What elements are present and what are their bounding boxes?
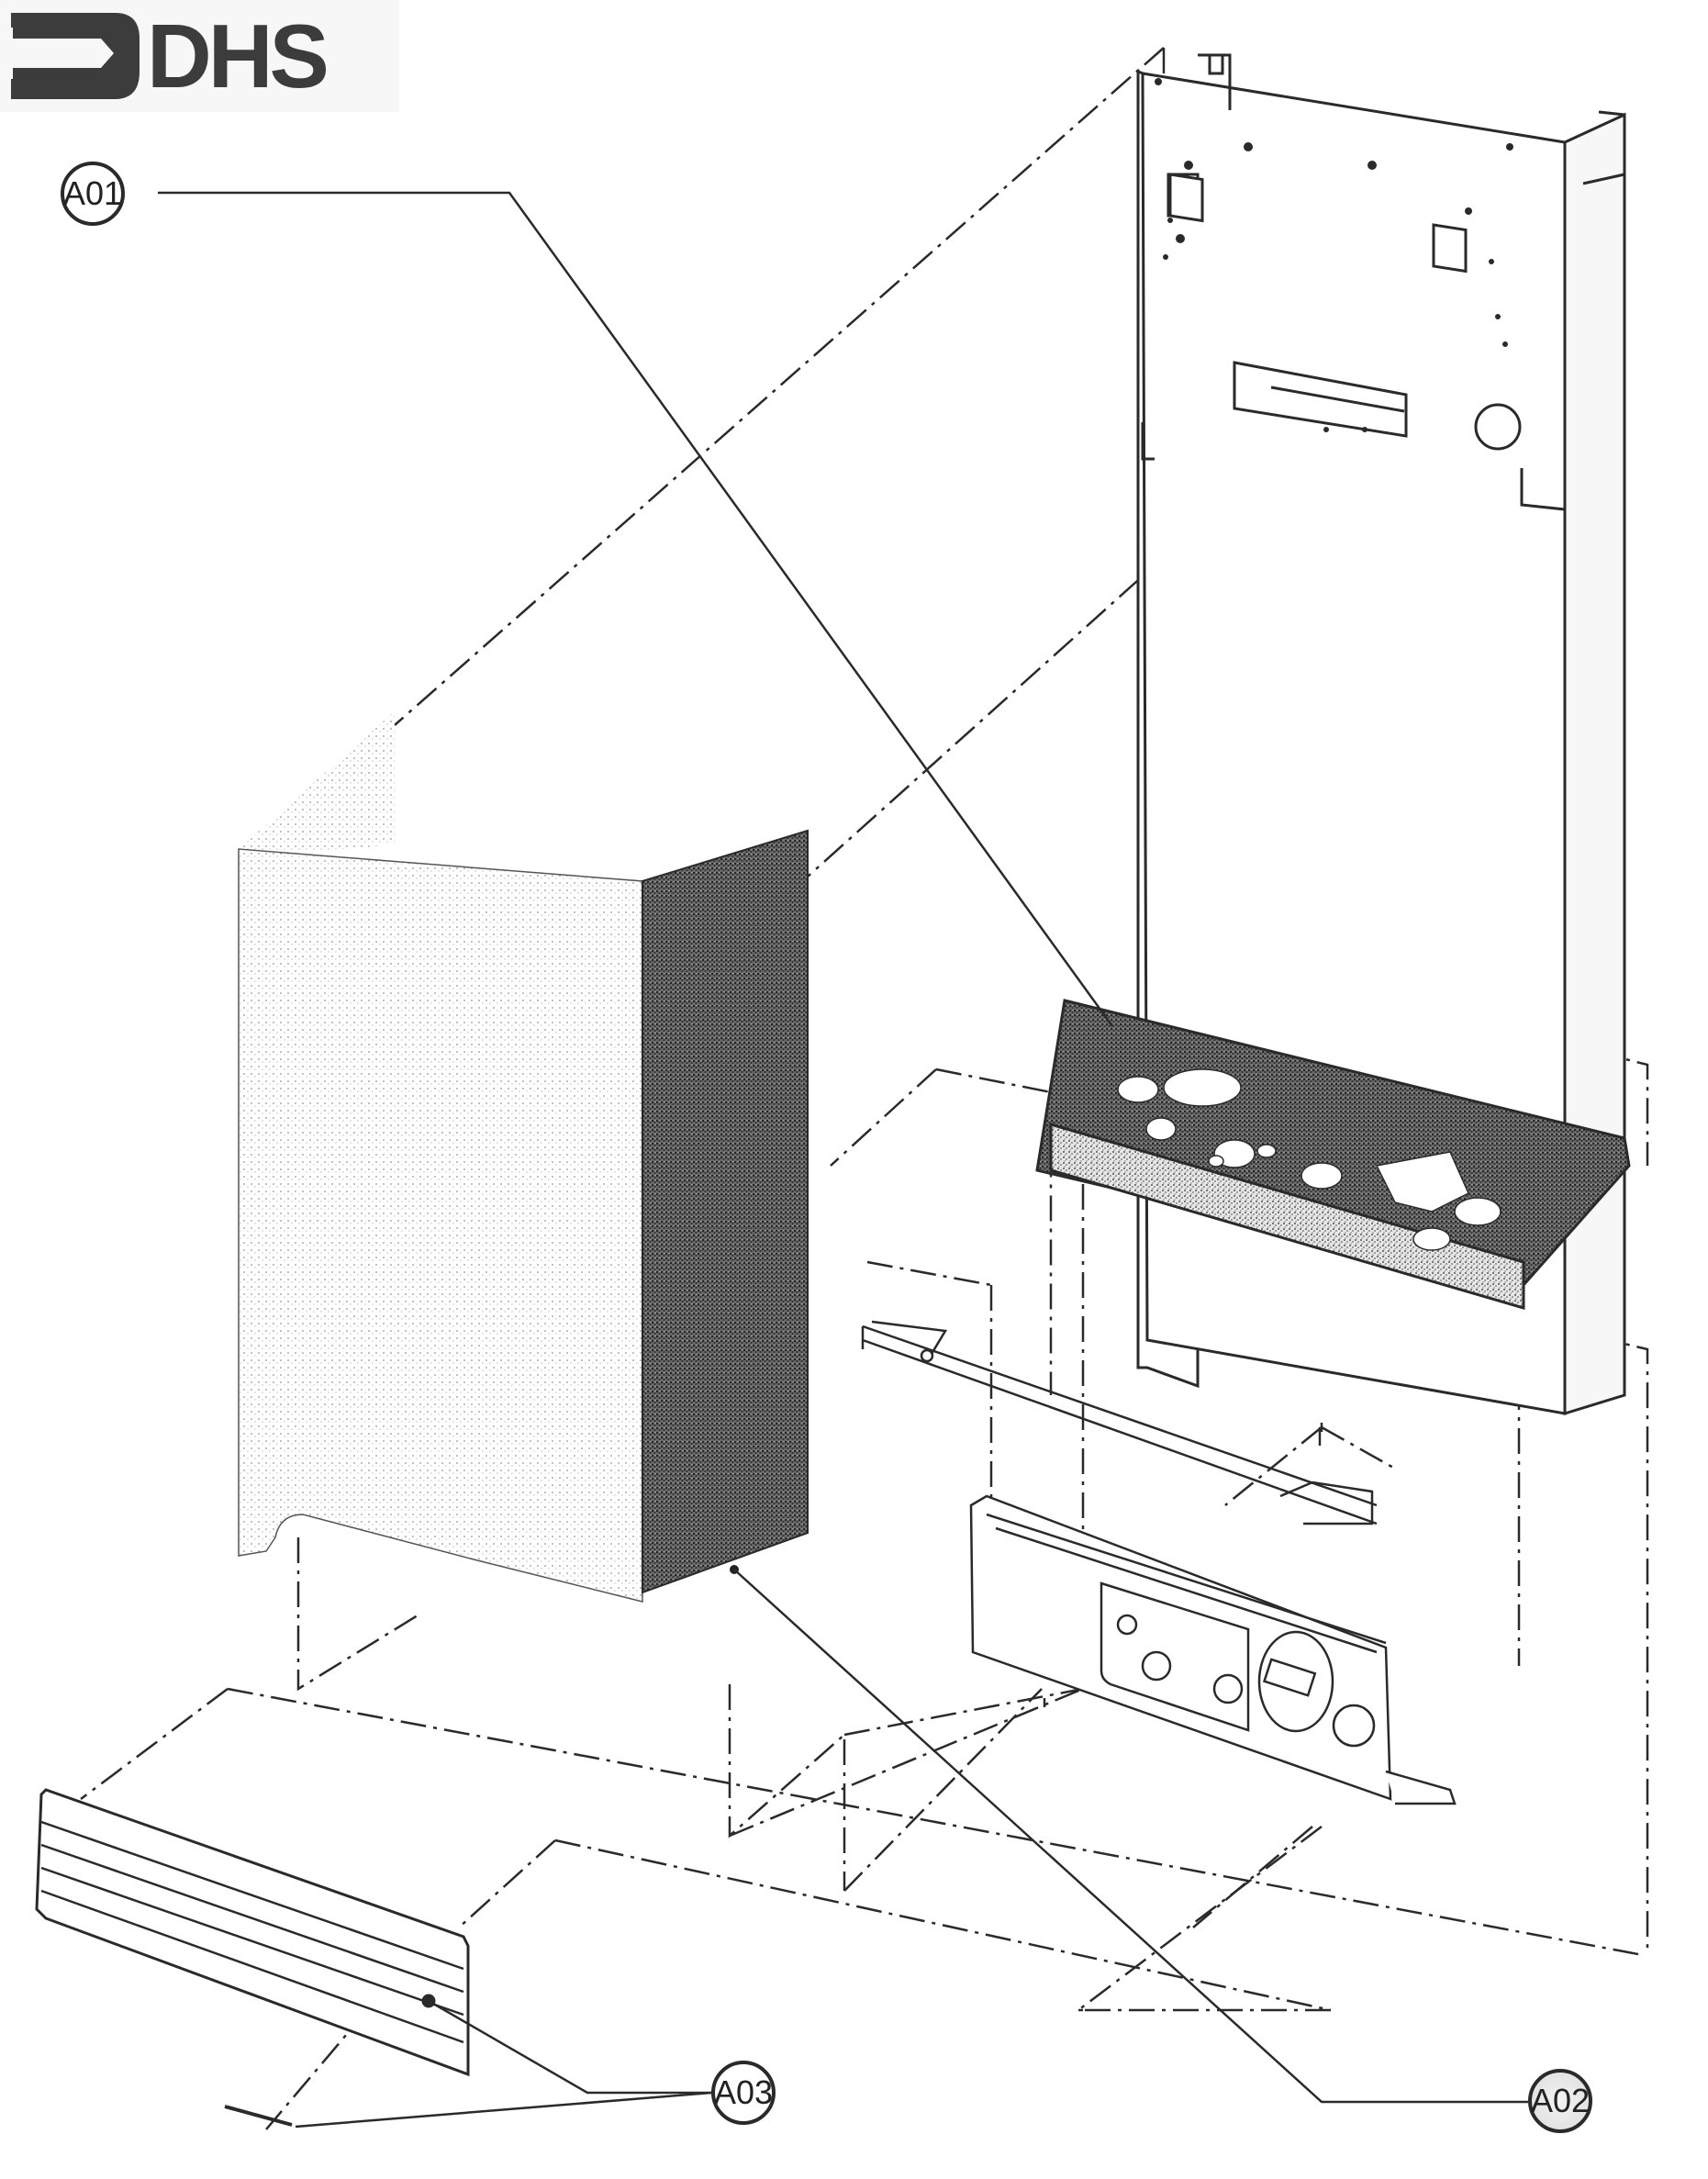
lower-grille-panel [37,1790,468,2074]
fixing-screw [225,2106,292,2125]
exploded-view-diagram [0,0,1708,2179]
callout-a01: A01 [61,162,125,226]
callout-a03: A03 [711,2061,776,2125]
control-panel-fascia [971,1496,1455,1804]
front-casing-panel [239,711,808,1602]
callout-a02: A02 [1528,2069,1592,2133]
